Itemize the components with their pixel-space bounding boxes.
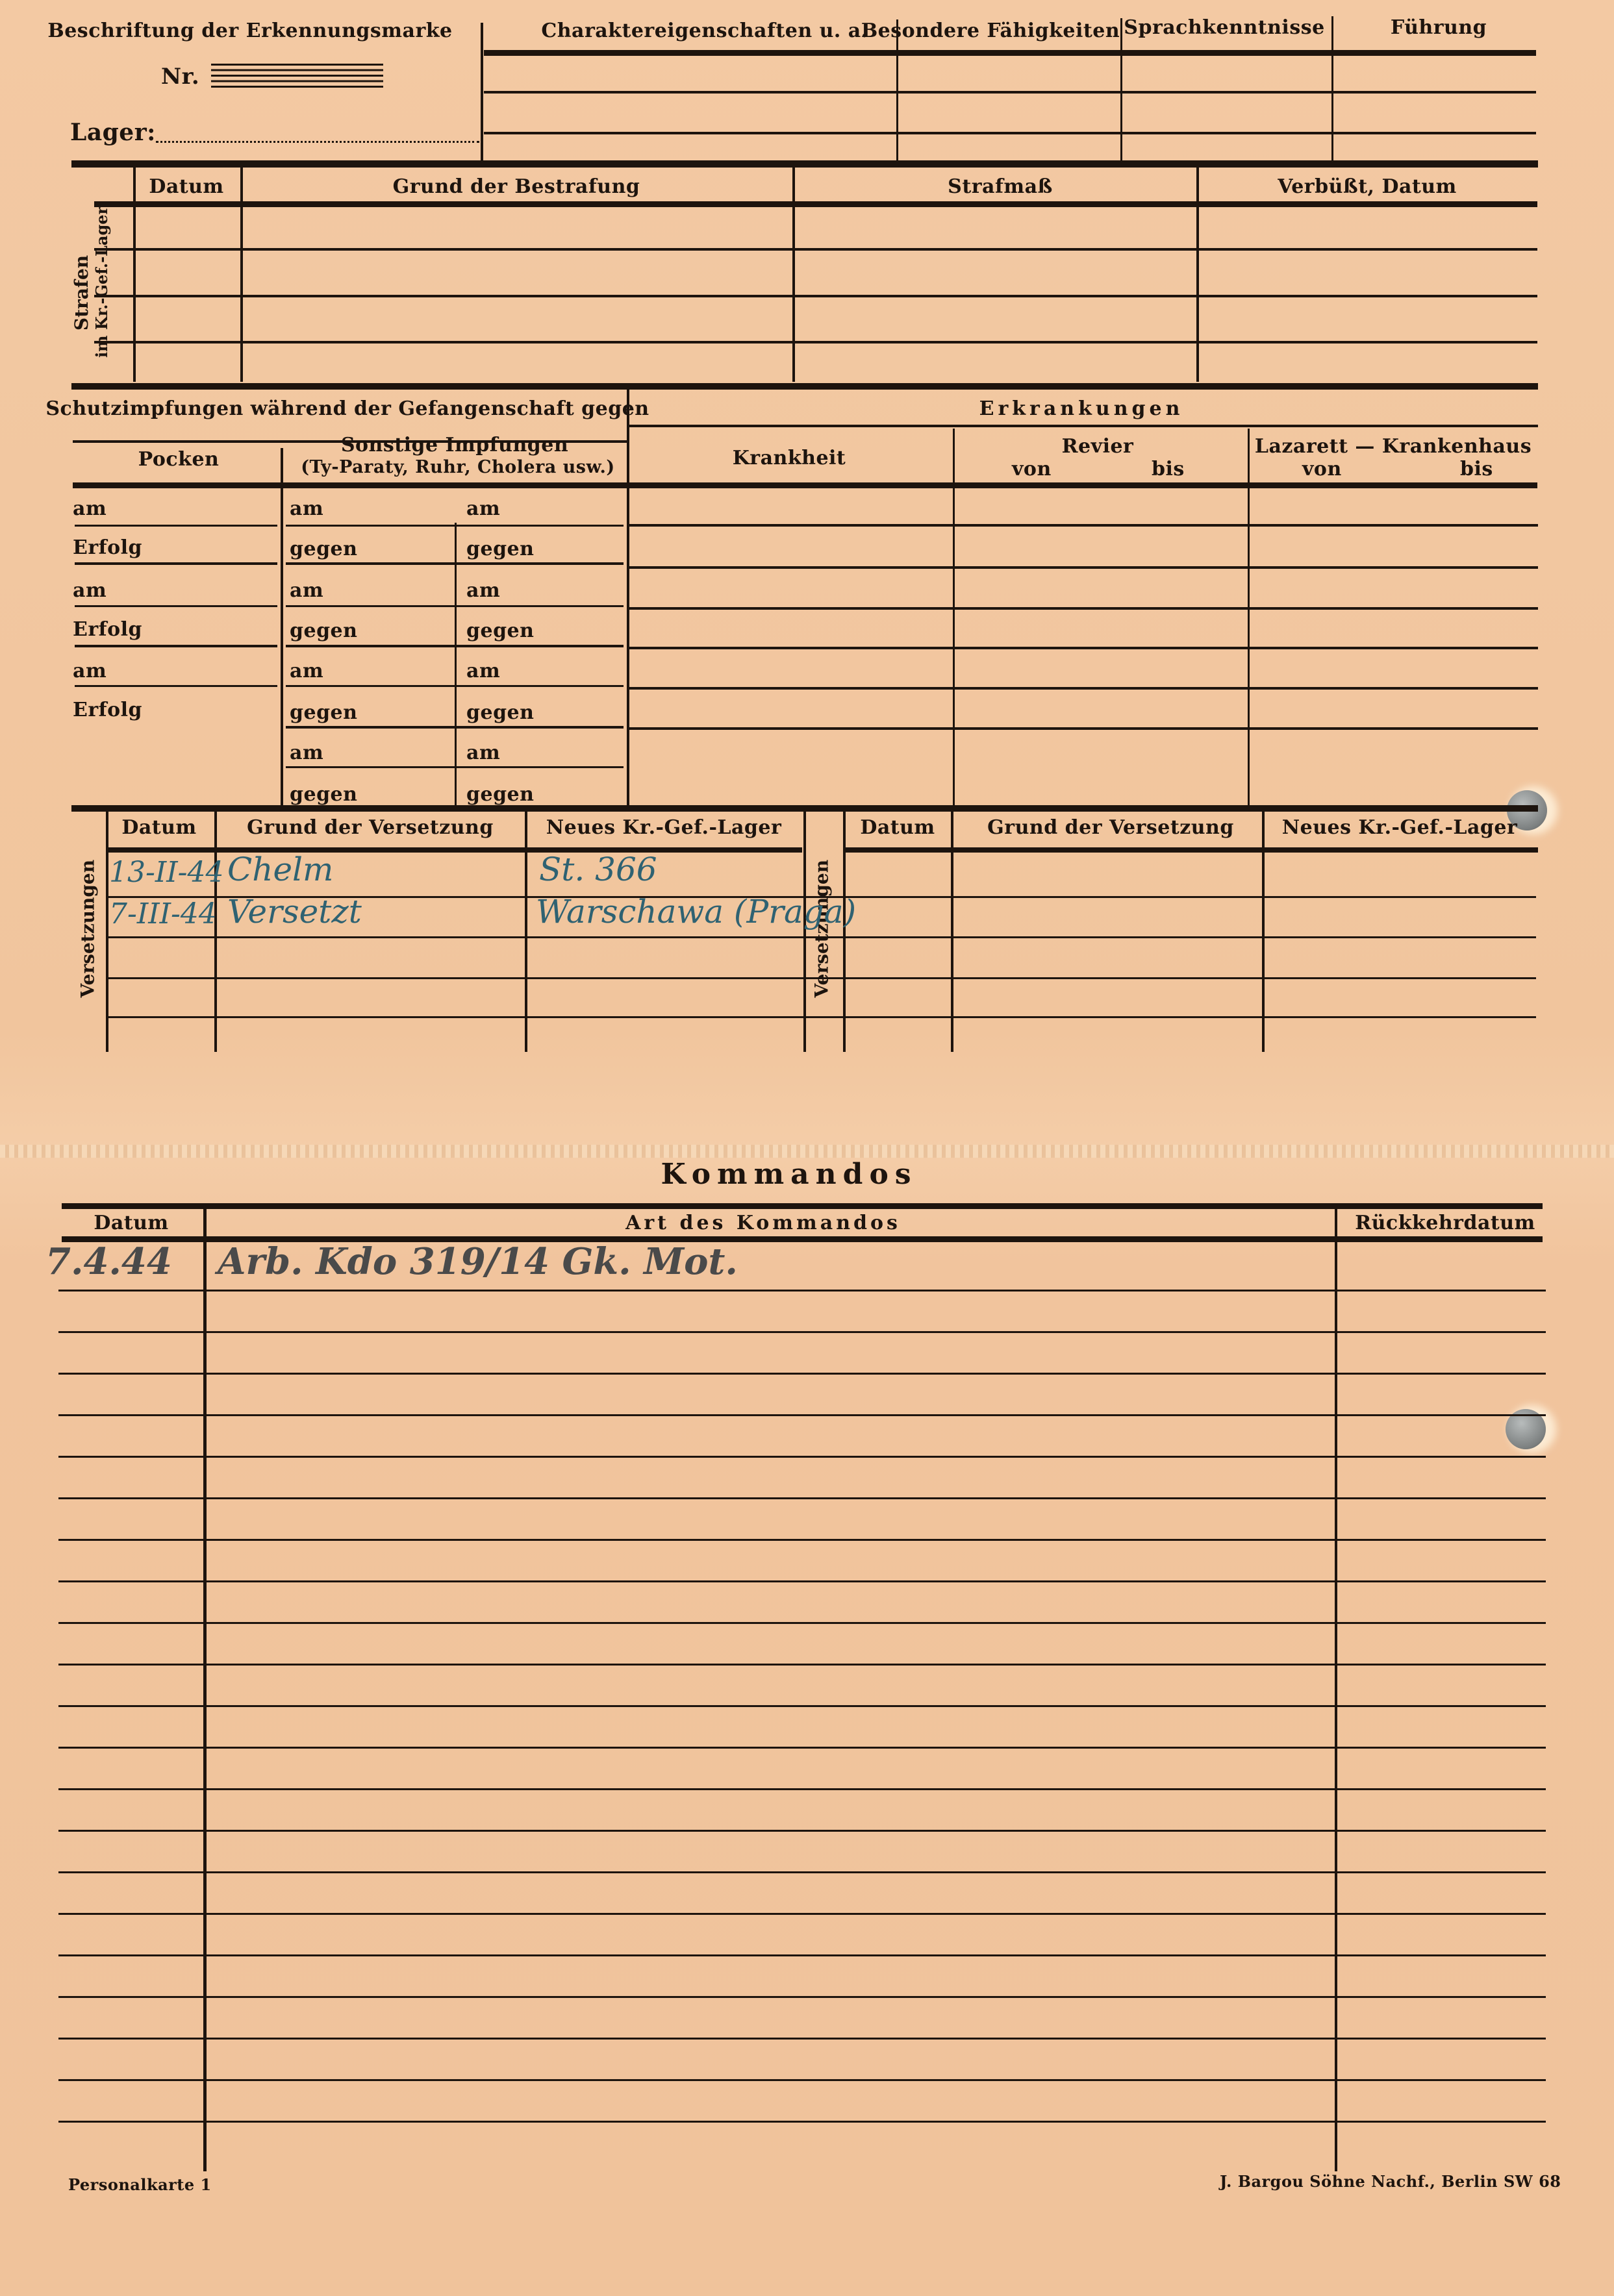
col-datum-right: Datum xyxy=(860,816,935,839)
divider xyxy=(1331,16,1333,162)
revier-bis: bis xyxy=(1152,458,1185,480)
sonstige-field-a[interactable] xyxy=(338,487,451,802)
rule xyxy=(94,201,1537,207)
rule xyxy=(94,248,1537,251)
col-datum: Datum xyxy=(94,1212,168,1234)
revier-von: von xyxy=(1012,458,1052,480)
versetzungen-left-table[interactable] xyxy=(109,854,801,1049)
printer-imprint: J. Bargou Söhne Nachf., Berlin SW 68 xyxy=(1220,2172,1561,2191)
rule xyxy=(94,295,1537,297)
rule xyxy=(484,50,1536,56)
col-fuehrung: Führung xyxy=(1391,16,1487,39)
erkrankungen-title: Erkrankungen xyxy=(979,397,1184,420)
section-rule xyxy=(71,805,1538,812)
col-strafmass: Strafmaß xyxy=(948,175,1053,198)
col-datum: Datum xyxy=(149,175,223,198)
strafen-row[interactable] xyxy=(136,252,1536,293)
tag-label: Beschriftung der Erkennungsmarke xyxy=(47,19,452,42)
col-sprachkenntnisse: Sprachkenntnisse xyxy=(1124,16,1324,39)
revier-label: Revier xyxy=(1062,435,1134,458)
col-lager-right: Neues Kr.-Gef.-Lager xyxy=(1282,816,1518,839)
sonstige-cell: am xyxy=(466,660,500,682)
form-name: Personalkarte 1 xyxy=(68,2175,212,2194)
strafen-row[interactable] xyxy=(136,345,1536,381)
strafen-row[interactable] xyxy=(136,208,1536,247)
rule xyxy=(107,847,802,853)
col-rueckkehr: Rückkehrdatum xyxy=(1355,1212,1535,1234)
lazarett-label: Lazarett — Krankenhaus xyxy=(1255,435,1532,458)
strafen-side-label: Strafen im Kr.-Gef.-Lager xyxy=(71,228,111,358)
col-verbuesst: Verbüßt, Datum xyxy=(1278,175,1457,198)
rule xyxy=(73,482,1537,488)
rule xyxy=(629,425,1538,427)
section-rule xyxy=(71,383,1538,390)
rule xyxy=(844,847,1538,853)
kommandos-title: Kommandos xyxy=(661,1158,917,1191)
pocken-row-label: am xyxy=(73,579,107,602)
lager-field[interactable] xyxy=(156,139,479,143)
pocken-row-label: am xyxy=(73,660,107,682)
lager-label: Lager: xyxy=(70,119,156,146)
fold-crease xyxy=(0,1145,1614,1158)
nr-field[interactable] xyxy=(211,64,383,90)
impfungen-title: Schutzimpfungen während der Gefangenscha… xyxy=(45,397,649,420)
sonstige-label: Sonstige Impfungen xyxy=(341,434,568,456)
col-grund: Grund der Versetzung xyxy=(247,816,494,839)
sprachkenntnisse-field[interactable] xyxy=(1124,56,1330,160)
sonstige-cell: am xyxy=(290,579,323,602)
sonstige-sub: (Ty-Paraty, Ruhr, Cholera usw.) xyxy=(301,457,614,477)
charakter-field[interactable] xyxy=(486,56,895,160)
divider xyxy=(133,168,136,382)
divider xyxy=(1120,18,1122,162)
sonstige-cell: am xyxy=(466,579,500,602)
nr-label: Nr. xyxy=(161,64,199,90)
col-grund-right: Grund der Versetzung xyxy=(987,816,1234,839)
lazarett-von: von xyxy=(1302,458,1342,480)
col-datum: Datum xyxy=(121,816,196,839)
lazarett-bis: bis xyxy=(1460,458,1493,480)
rule xyxy=(62,1203,1543,1209)
krankheit-label: Krankheit xyxy=(733,447,846,469)
sonstige-cell: am xyxy=(290,497,323,520)
pocken-row-label: am xyxy=(73,497,107,520)
kommandos-table[interactable] xyxy=(58,1240,1546,2169)
col-charakter: Charaktereigenschaften u. a. xyxy=(541,19,868,42)
fuehrung-field[interactable] xyxy=(1335,56,1536,160)
pocken-field[interactable] xyxy=(110,487,276,799)
sonstige-field-b[interactable] xyxy=(520,487,624,802)
divider xyxy=(455,523,457,805)
strafen-row[interactable] xyxy=(136,299,1536,340)
divider xyxy=(627,390,629,805)
sonstige-cell: am xyxy=(290,742,323,764)
versetzungen-right-table[interactable] xyxy=(846,854,1536,1049)
col-grund: Grund der Bestrafung xyxy=(393,175,640,198)
rule xyxy=(94,341,1537,343)
faehigkeiten-field[interactable] xyxy=(900,56,1119,160)
col-faehigkeiten: Besondere Fähigkeiten xyxy=(861,19,1120,42)
sonstige-cell: am xyxy=(466,742,500,764)
sonstige-cell: am xyxy=(466,497,500,520)
divider xyxy=(281,448,283,805)
sonstige-cell: am xyxy=(290,660,323,682)
section-rule xyxy=(71,160,1538,168)
col-art: Art des Kommandos xyxy=(625,1212,901,1234)
divider xyxy=(481,23,483,162)
col-lager: Neues Kr.-Gef.-Lager xyxy=(546,816,782,839)
versetzungen-side-label-left: Versetzungen xyxy=(77,868,99,998)
erkrankungen-table[interactable] xyxy=(631,488,1537,803)
strafen-side-label-2: im Kr.-Gef.-Lager xyxy=(92,228,111,358)
strafen-side-label-1: Strafen xyxy=(71,228,92,358)
pocken-label: Pocken xyxy=(138,448,220,471)
